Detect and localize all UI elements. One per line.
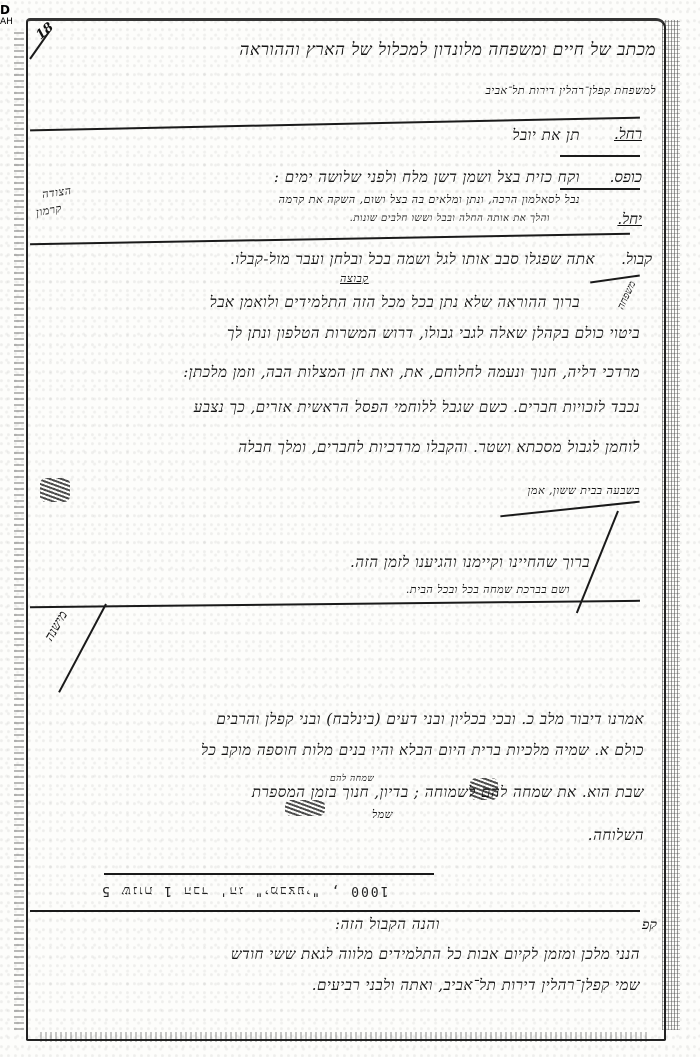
- header-line-2: למשפחת קפלן־רהלין דירות תל־אביב: [485, 84, 656, 97]
- section-mishnah-line-2: כולם א. שמיה מלכיות ברית היום הבלא והיו …: [201, 741, 644, 760]
- section-kabul-line-3: ביטוי כולם בקהלן שאלה לגבי גבולו, דרוש ה…: [227, 324, 640, 343]
- section-kabul-line-5: נכבד לזכויות חברים. כשם שגבל ללוחמי הפסל…: [194, 398, 640, 417]
- archive-corner-label: D AH: [0, 4, 13, 28]
- section-kabul-line-4: מרדכי דליה, חנוך ונעמה לחלוחם, את, ואת ח…: [183, 363, 640, 382]
- section-kabul-line-2: ברוך ההוראה שלא נתן בכל מכל הזה התלמידים…: [210, 293, 580, 312]
- section-kabul-line-6: לוחמן לגבול מסכתא ושטר. והקבלו מרדכיות ל…: [238, 438, 640, 457]
- footer-line-1: והנה הקבול הזה:: [335, 915, 440, 934]
- footer-line-3: שמי קפלן־רהלין דירות תל־אביב, ואתה ולבני…: [312, 976, 640, 995]
- section-kabul-heading: קבוצה: [340, 272, 369, 285]
- section-label-kofes: כופס.: [610, 168, 642, 187]
- scanned-page: D AH 18 מכתב של חיים ומשפחה מלונדון למכל…: [0, 0, 700, 1057]
- typed-bleedthrough-line: 5 שנות 1 הבד 'הג "ימבצעי" , 1000: [100, 883, 388, 899]
- section-label-kabul: קבול.: [621, 250, 652, 269]
- section-kofes-line-3: והלך את אותה החלה ובבל וששו חלבים שונות.: [350, 213, 550, 224]
- section-mishnah-line-3: שבת הוא. את שמחה להם לשמוחה ; בדיון, חנו…: [252, 783, 644, 802]
- section-kofes-line-2: נבל לסאלמון הרבה, ונתן ומלאים בה בצל ושו…: [279, 193, 580, 206]
- mishnah-interlinear-2: שמל: [372, 808, 393, 821]
- label-divider: [560, 188, 640, 190]
- crossed-out-word: [40, 478, 70, 502]
- corner-label-line-1: D: [0, 4, 13, 16]
- section-mishnah-line-1: אמרנו דיבור מלב כ. ובכי בכליון ובני דעים…: [216, 710, 644, 729]
- corner-label-line-2: AH: [0, 16, 13, 28]
- footer-line-2: הנני מלכן ומזמן לקיום אבות כל התלמידים מ…: [231, 945, 640, 964]
- section-rachel-line-1: תן את יובל: [512, 126, 580, 145]
- typed-line-rule: [104, 873, 434, 875]
- header-line-1: מכתב של חיים ומשפחה מלונדון למכלול של הא…: [239, 40, 656, 60]
- inset-line-1: ברוך שהחיינו וקיימנו והגיענו לזמן הזה.: [350, 553, 590, 572]
- section-label-yachal: יחל.: [617, 210, 642, 229]
- divider-4: [30, 910, 640, 912]
- section-kofes-line-1: וקח כזית בצל ושמן דשן מלח ולפני שלושה ימ…: [274, 168, 580, 187]
- section-label-rachel: רחל.: [614, 125, 642, 144]
- footer-margin-mark: קפ: [642, 917, 657, 934]
- crossed-out-word-3: [285, 800, 325, 816]
- section-kabul-line-7: בשבעה בבית ששון, אמן: [528, 484, 640, 497]
- section-kabul-line-1: אתה שפגלו סבב אותו לגל ושמה בכל ובלחן וע…: [230, 250, 595, 269]
- inset-line-2: ושם בברכת שמחה בכל ובכל הבית.: [406, 583, 570, 596]
- section-mishnah-line-4: השלוחה.: [588, 826, 644, 845]
- label-underline: [560, 155, 640, 157]
- scan-left-edge: [14, 30, 24, 1030]
